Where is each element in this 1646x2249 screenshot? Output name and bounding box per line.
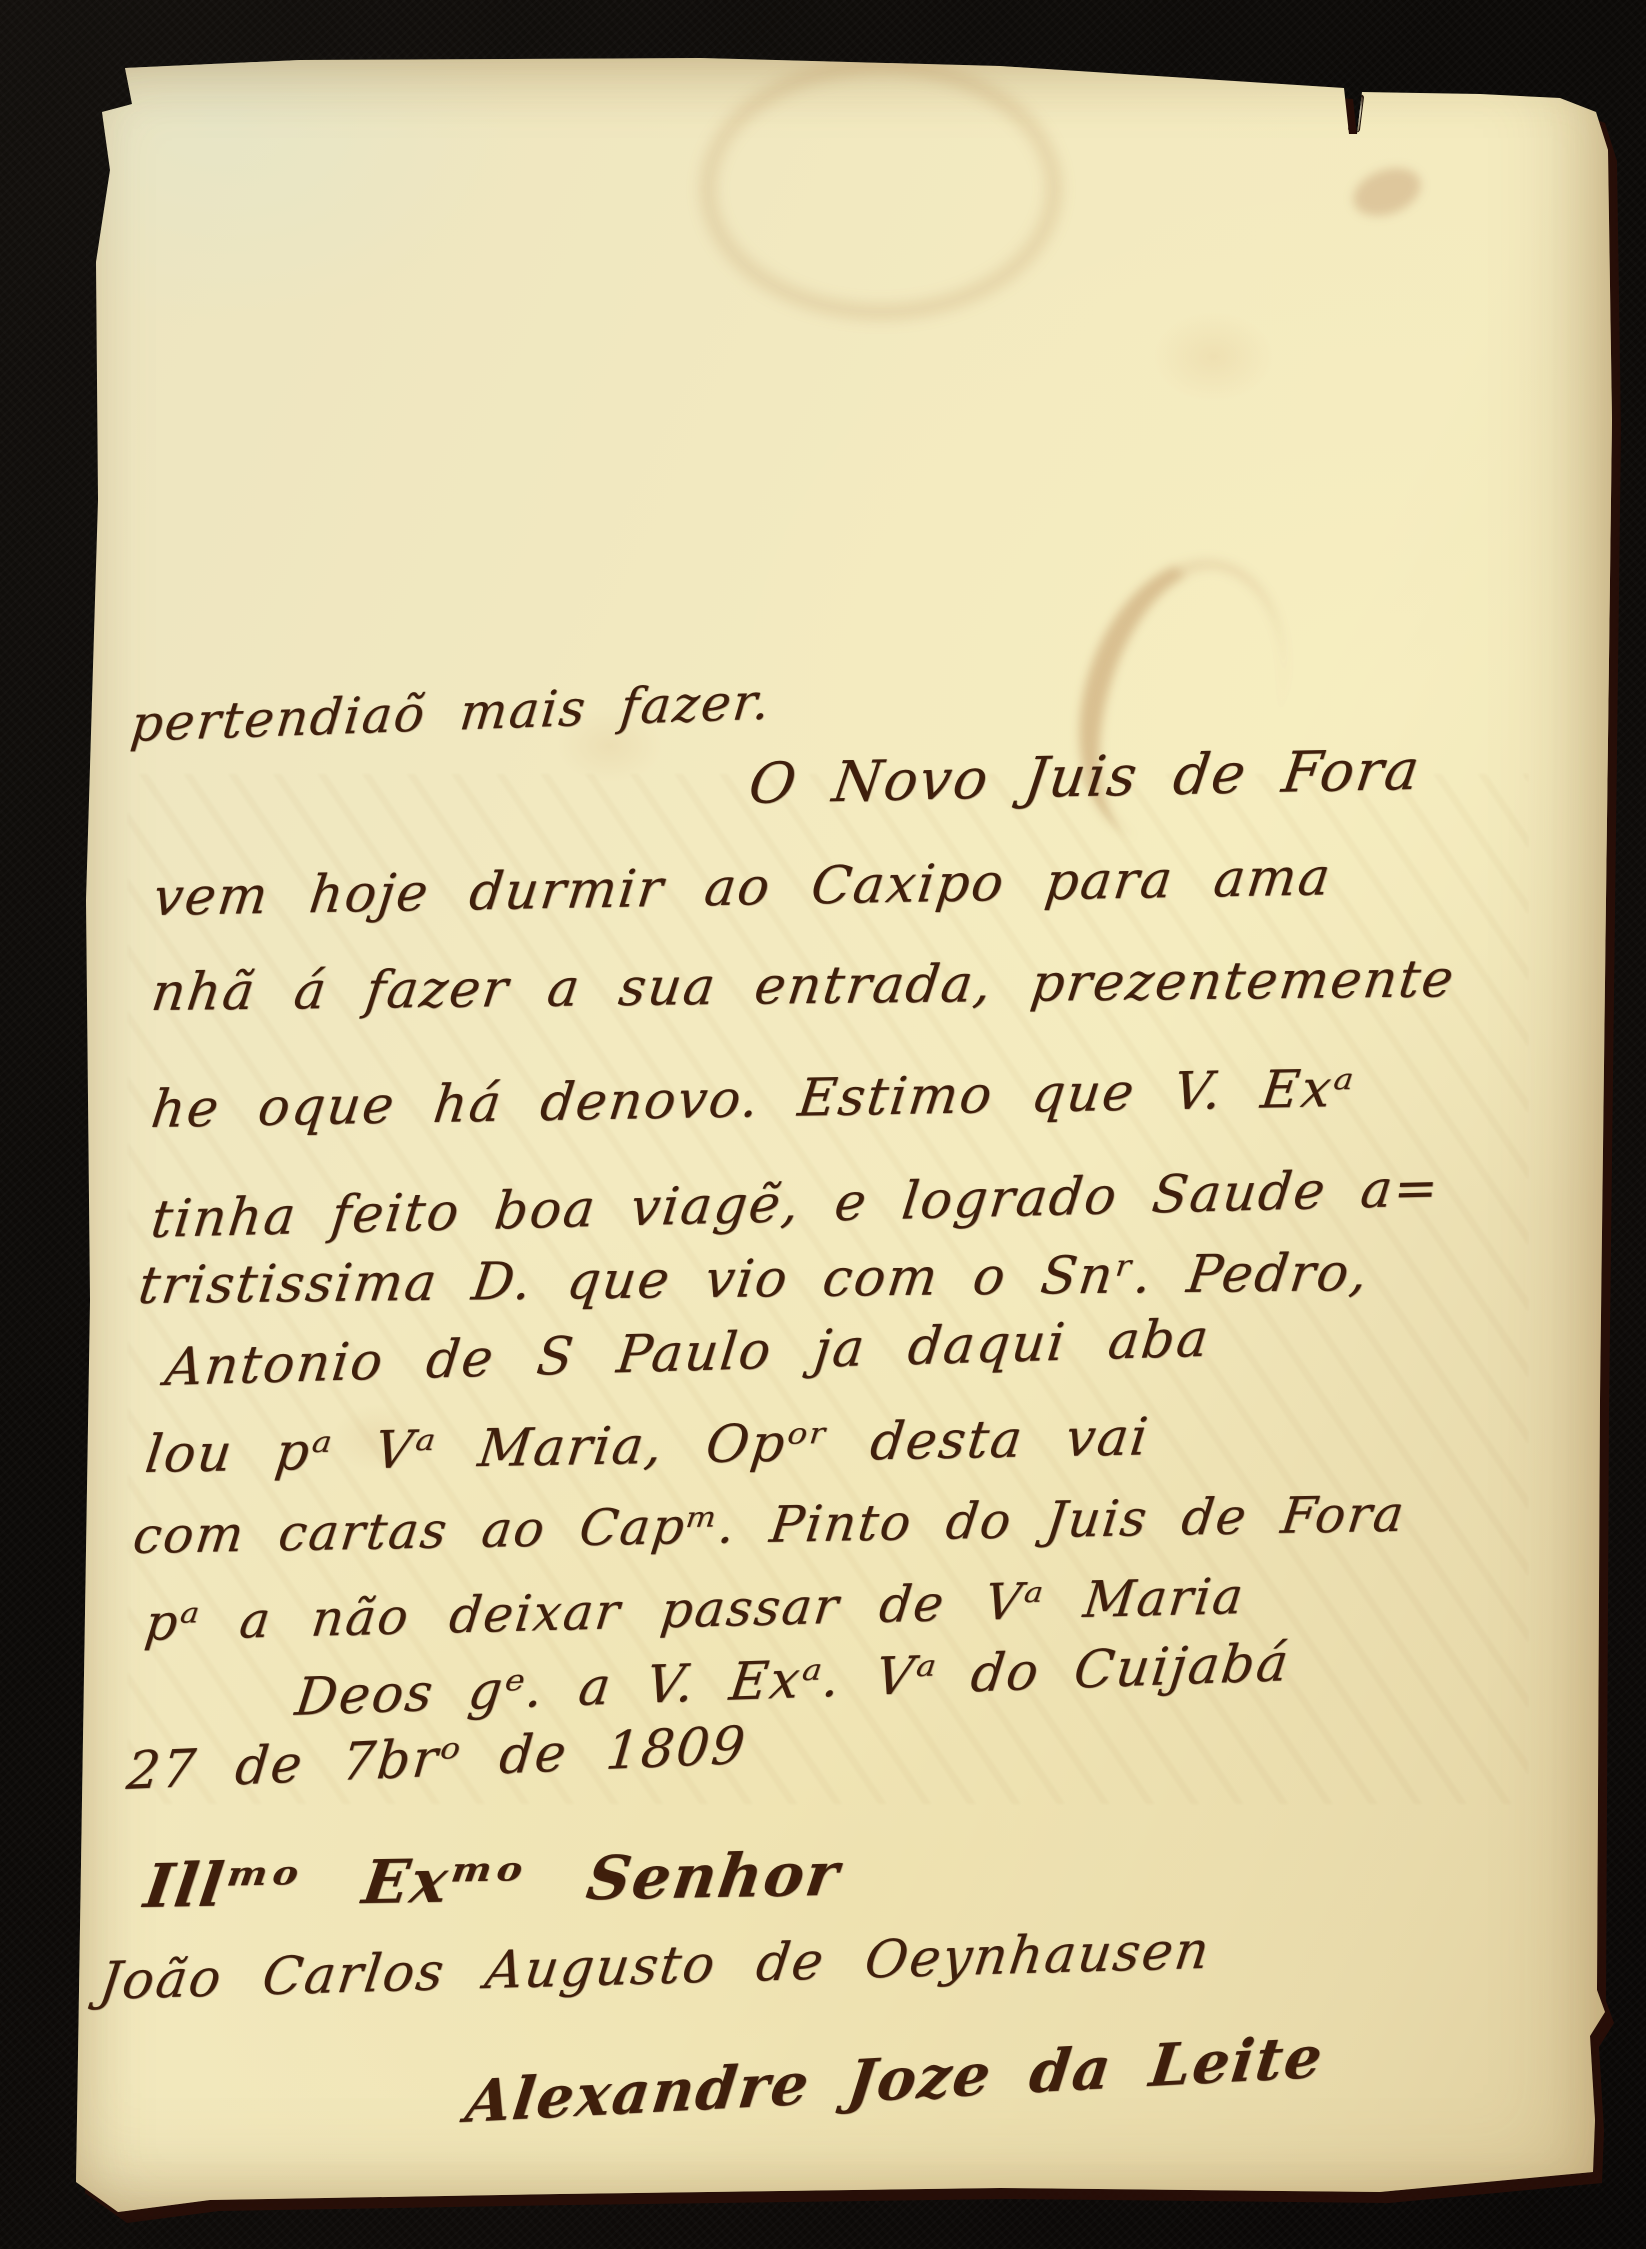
letter-line-11: pᵃ a não deixar passar de Vᵃ Maria	[142, 1567, 1248, 1652]
date-line: 27 de 7brᵒ de 1809	[124, 1716, 749, 1802]
letter-line-1: pertendiaõ mais fazer.	[128, 672, 774, 753]
letter-line-5: he oque há denovo. Estimo que V. Exᵃ	[148, 1059, 1358, 1140]
photograph-background: pertendiaõ mais fazer. O Novo Juis de Fo…	[0, 0, 1646, 2249]
salutation-line: Illᵐᵒ Exᵐᵒ Senhor	[140, 1840, 845, 1922]
handwriting-layer: pertendiaõ mais fazer. O Novo Juis de Fo…	[0, 0, 1646, 2249]
signature-line: Alexandre Joze da Leite	[462, 2023, 1328, 2136]
closing-line: Deos gᵉ. a V. Exᵃ. Vᵃ do Cuijabá	[292, 1633, 1293, 1728]
letter-line-2: O Novo Juis de Fora	[745, 738, 1425, 817]
letter-line-8: Antonio de S Paulo ja daqui aba	[162, 1309, 1213, 1398]
letter-line-7: tristissima D. que vio com o Snʳ. Pedro,	[135, 1243, 1373, 1316]
letter-line-9: lou pᵃ Vᵃ Maria, Opᵒʳ desta vai	[142, 1407, 1153, 1485]
letter-line-3: vem hoje durmir ao Caxipo para ama	[150, 847, 1335, 928]
letter-line-10: com cartas ao Capᵐ. Pinto do Juis de For…	[130, 1485, 1409, 1565]
addressee-line: João Carlos Augusto de Oeynhausen	[96, 1921, 1214, 2012]
letter-line-4: nhã á fazer a sua entrada, prezentemente	[148, 949, 1459, 1023]
letter-line-6: tinha feito boa viagẽ, e logrado Saude a…	[148, 1158, 1443, 1250]
